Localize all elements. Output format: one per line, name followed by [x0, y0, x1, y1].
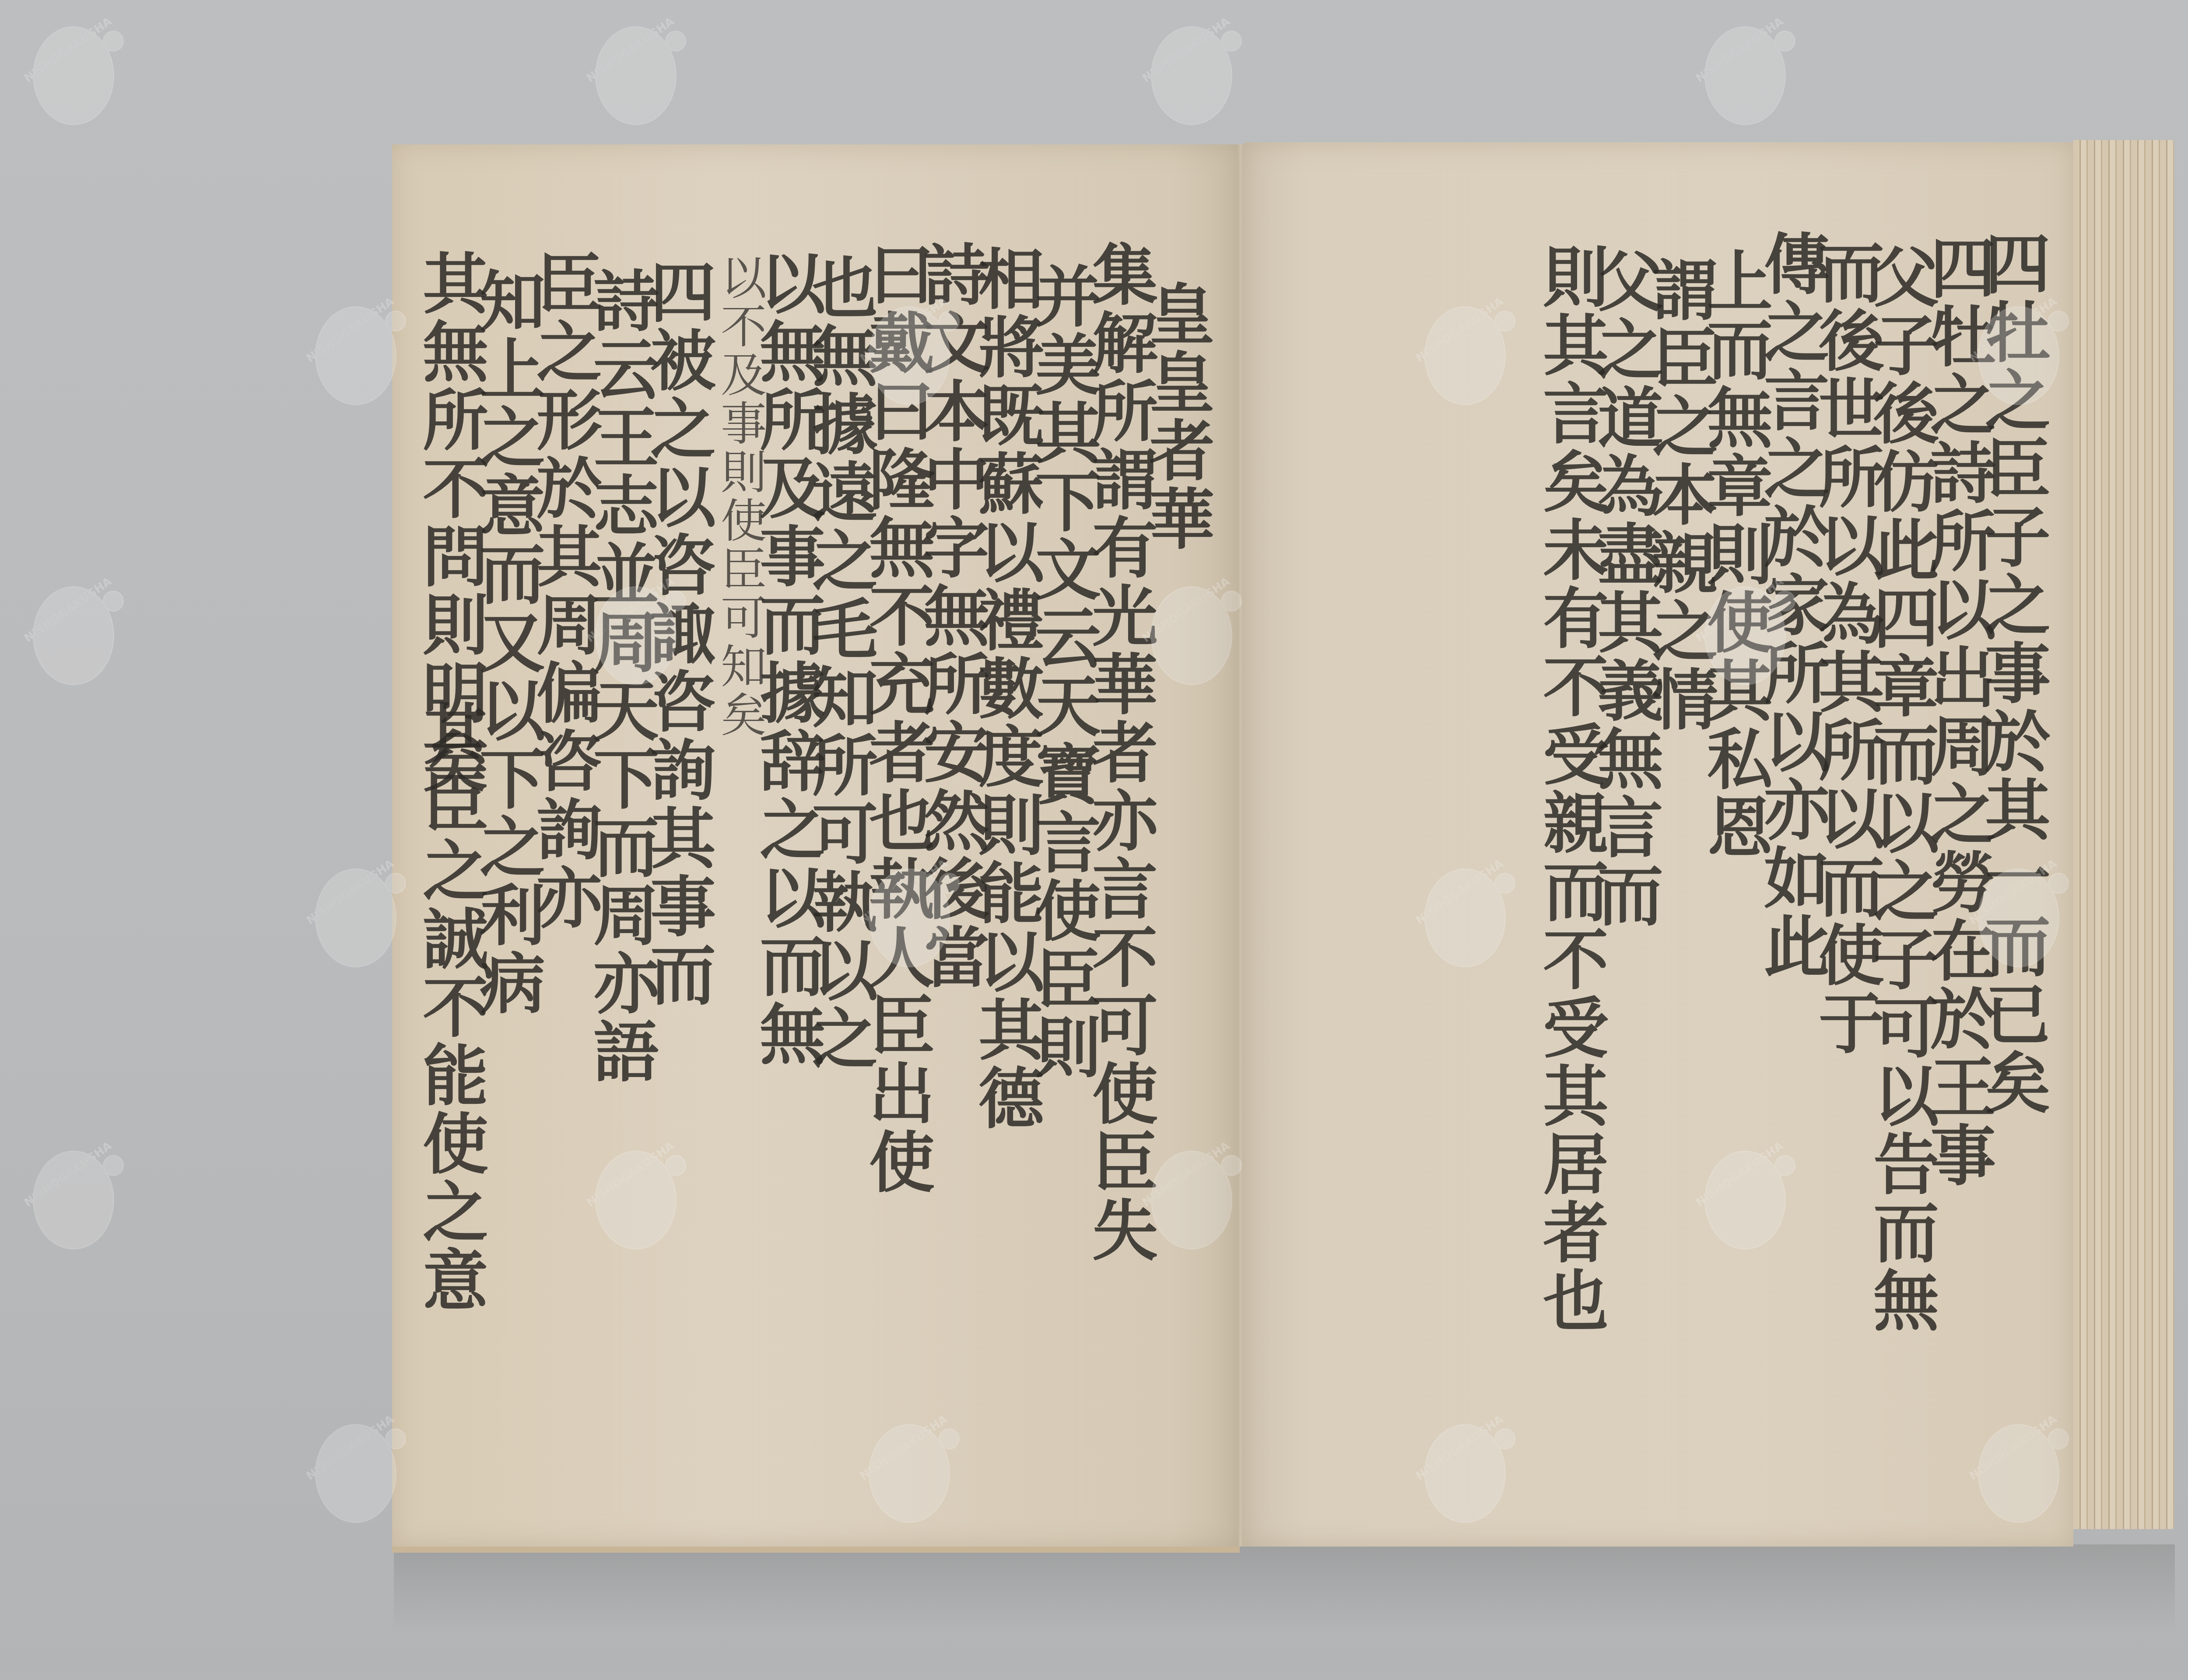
n-logo-icon: NISHOGAKUSHA [304, 289, 405, 402]
n-logo-icon: NISHOGAKUSHA [1140, 569, 1241, 682]
n-logo-icon: NISHOGAKUSHA [22, 569, 123, 682]
text-column: 以不及事則使臣可知矣 [717, 254, 763, 739]
n-logo-icon: NISHOGAKUSHA [584, 569, 685, 682]
n-logo-icon: NISHOGAKUSHA [1413, 851, 1514, 965]
n-logo-icon: NISHOGAKUSHA [22, 9, 123, 122]
n-logo-icon: NISHOGAKUSHA [22, 1133, 123, 1247]
book-shadow [394, 1544, 2175, 1632]
n-logo-icon: NISHOGAKUSHA [858, 1407, 958, 1520]
n-logo-icon: NISHOGAKUSHA [1140, 1133, 1241, 1247]
n-logo-icon: NISHOGAKUSHA [1694, 9, 1794, 122]
n-logo-icon: NISHOGAKUSHA [304, 851, 405, 965]
text-column: 其臣之誠不能使之意 [417, 700, 483, 1314]
n-logo-icon: NISHOGAKUSHA [1413, 1407, 1514, 1520]
n-logo-icon: NISHOGAKUSHA [1140, 9, 1241, 122]
n-logo-icon: NISHOGAKUSHA [1967, 289, 2068, 402]
n-logo-icon: NISHOGAKUSHA [1967, 851, 2068, 965]
n-logo-icon: NISHOGAKUSHA [584, 9, 685, 122]
n-logo-icon: NISHOGAKUSHA [858, 289, 958, 402]
right-page: 四牡之臣子之事於其一而已矣 四牡之詩所以出周之勞在於王事 父子後仿此四章而以之子… [1242, 142, 2073, 1547]
n-logo-icon: NISHOGAKUSHA [1967, 1407, 2068, 1520]
n-logo-icon: NISHOGAKUSHA [304, 1407, 405, 1520]
n-logo-icon: NISHOGAKUSHA [584, 1133, 685, 1247]
left-page: 皇皇者華 集解所謂有光華者亦言不可使臣失 并美其下文云天寶言使臣則 相將既蘇以禮… [392, 144, 1240, 1553]
n-logo-icon: NISHOGAKUSHA [1413, 289, 1514, 402]
page-stack-edge [2073, 140, 2174, 1529]
n-logo-icon: NISHOGAKUSHA [858, 851, 958, 965]
n-logo-icon: NISHOGAKUSHA [1694, 569, 1794, 682]
text-column: 則其言矣未有不受親而不受其居者也 [1537, 243, 1603, 1335]
n-logo-icon: NISHOGAKUSHA [1694, 1133, 1794, 1247]
